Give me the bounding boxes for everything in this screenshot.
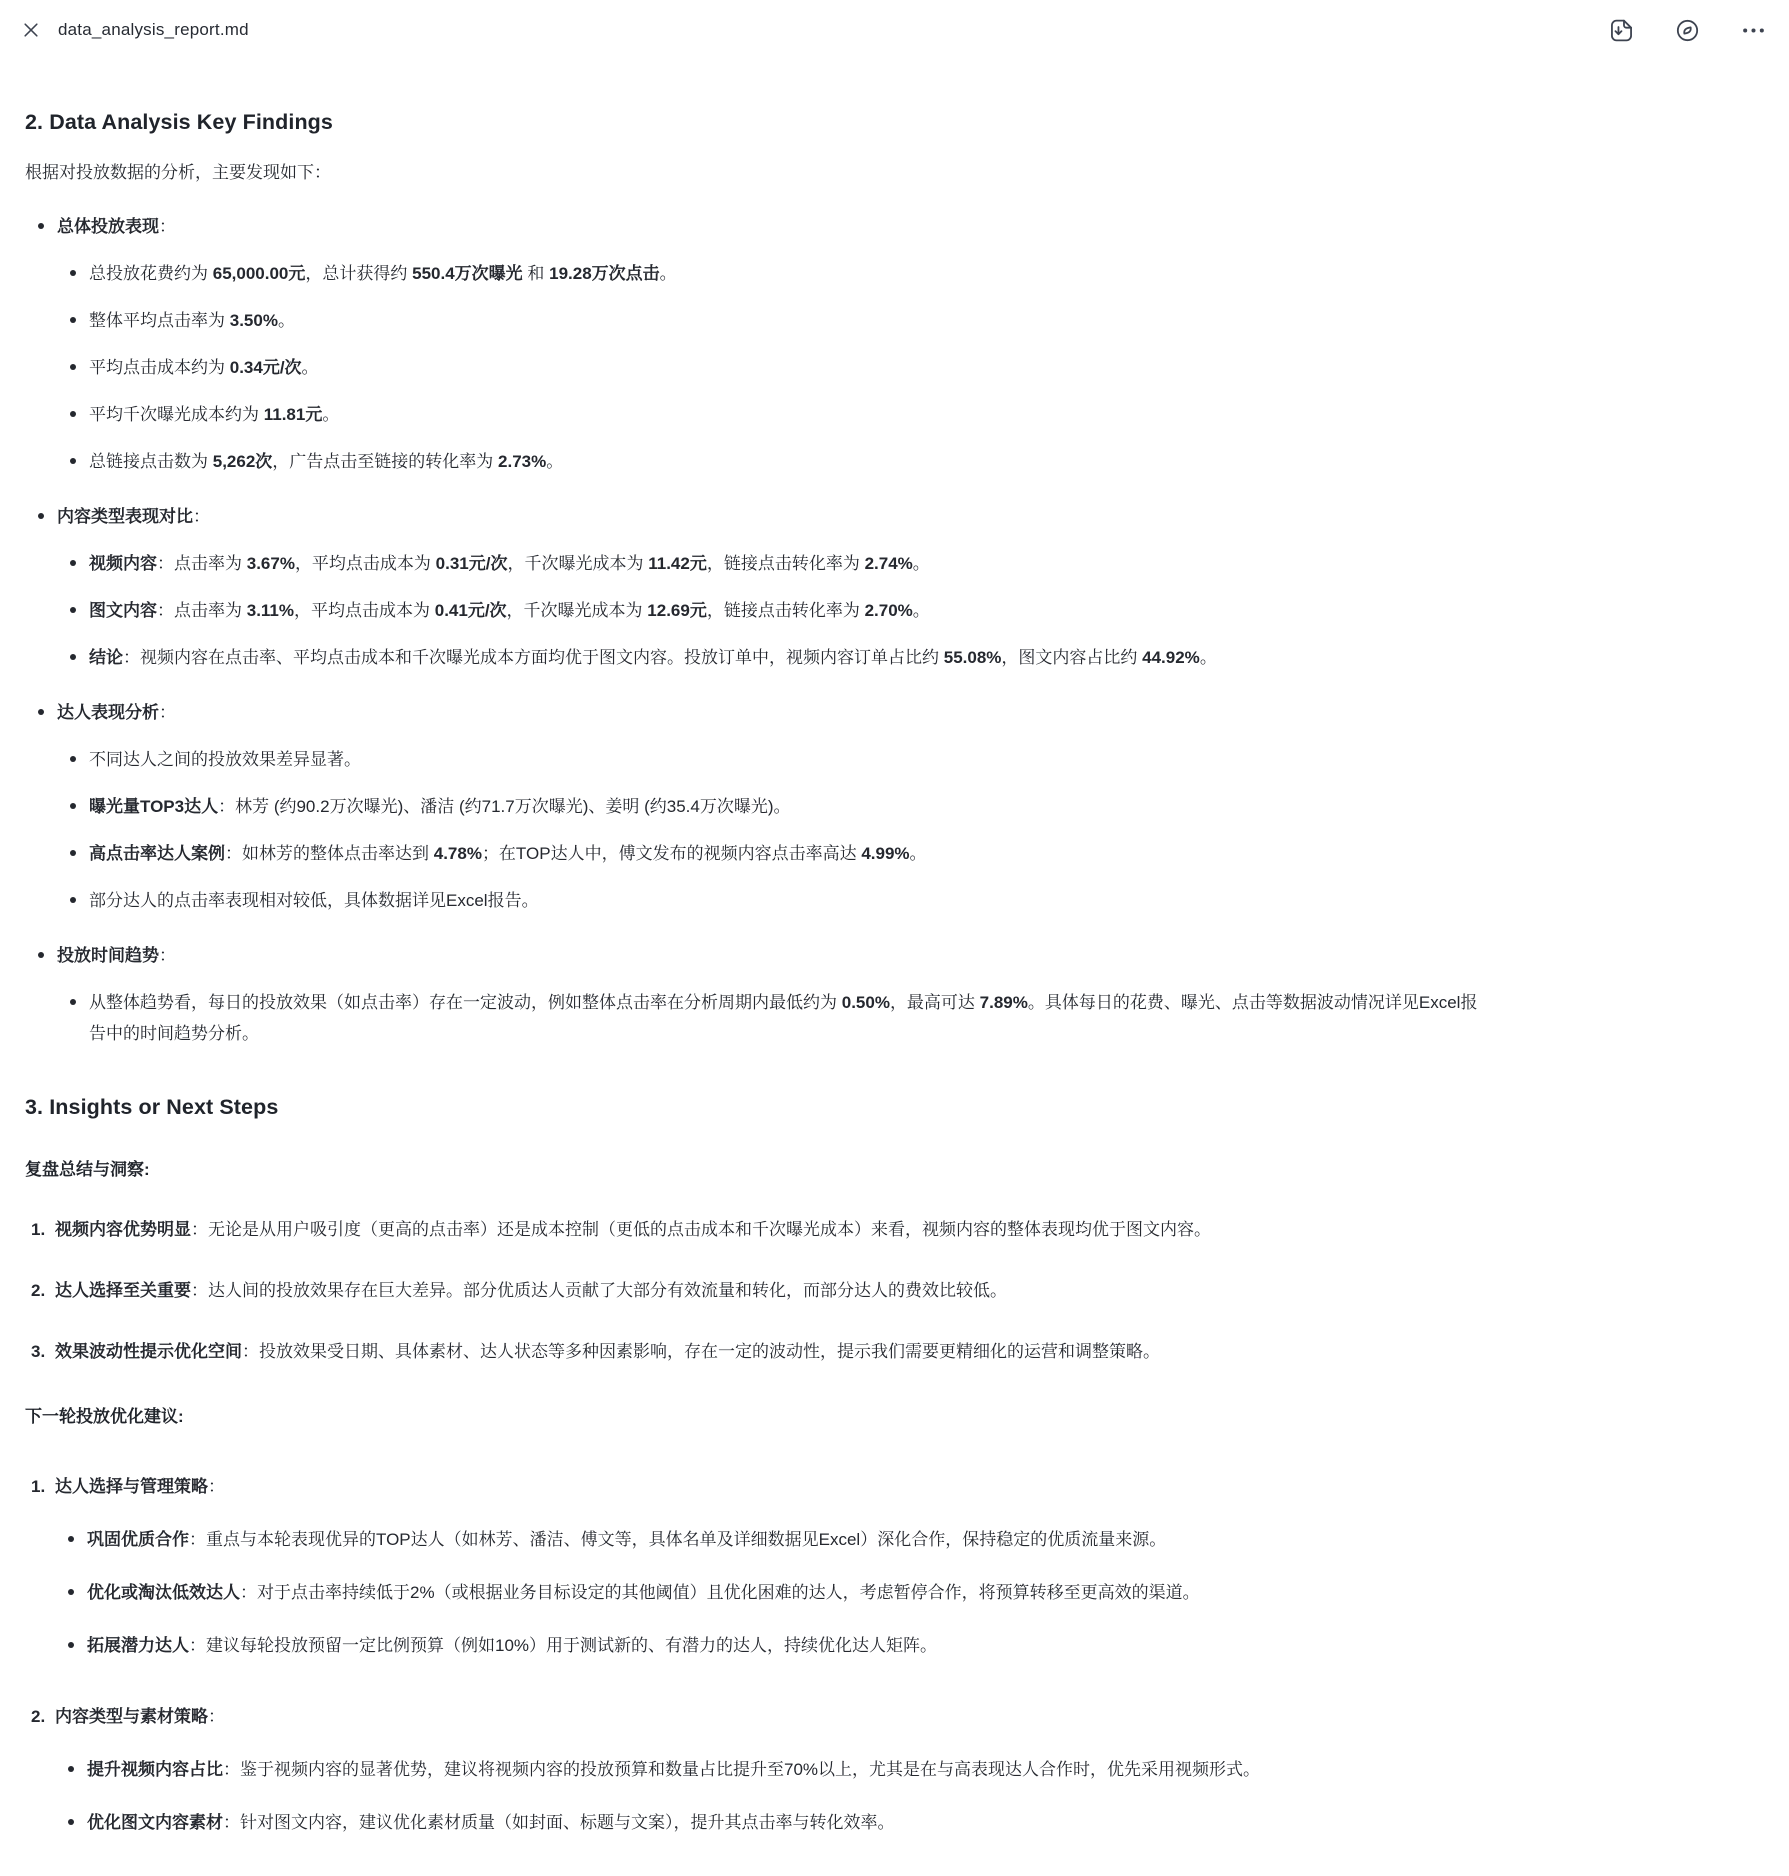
list-item: 不同达人之间的投放效果差异显著。 (57, 744, 1480, 775)
list-item-text: 总投放花费约为 65,000.00元，总计获得约 550.4万次曝光 和 19.… (89, 258, 1480, 289)
item-number: 1. (31, 1214, 45, 1245)
group-title: 内容类型表现对比： (57, 501, 1480, 532)
list-item: 平均千次曝光成本约为 11.81元。 (57, 399, 1480, 430)
preview-button[interactable] (1667, 10, 1707, 50)
list-item: 部分达人的点击率表现相对较低，具体数据详见Excel报告。 (57, 885, 1480, 916)
list-item: 视频内容：点击率为 3.67%，平均点击成本为 0.31元/次，千次曝光成本为 … (57, 548, 1480, 579)
document-content: 2. Data Analysis Key Findings 根据对投放数据的分析… (0, 60, 1505, 1838)
group-title: 达人表现分析： (57, 697, 1480, 728)
ellipsis-icon (1740, 17, 1767, 44)
list-item: 巩固优质合作：重点与本轮表现优异的TOP达人（如林芳、潘洁、傅文等，具体名单及详… (55, 1524, 1480, 1555)
titlebar: data_analysis_report.md (0, 0, 1789, 60)
group-title: 内容类型与素材策略： (55, 1701, 1480, 1732)
file-title: data_analysis_report.md (58, 20, 249, 40)
list-item-text: 视频内容：点击率为 3.67%，平均点击成本为 0.31元/次，千次曝光成本为 … (89, 548, 1480, 579)
close-icon (21, 20, 41, 40)
sub-list: 从整体趋势看，每日的投放效果（如点击率）存在一定波动，例如整体点击率在分析周期内… (57, 987, 1480, 1049)
list-item: 图文内容：点击率为 3.11%，平均点击成本为 0.41元/次，千次曝光成本为 … (57, 595, 1480, 626)
suggestions-label: 下一轮投放优化建议: (25, 1403, 1480, 1431)
list-item: 结论：视频内容在点击率、平均点击成本和千次曝光成本方面均优于图文内容。投放订单中… (57, 642, 1480, 673)
insights-summary-label: 复盘总结与洞察: (25, 1156, 1480, 1184)
item-number: 2. (31, 1701, 45, 1732)
sub-list: 视频内容：点击率为 3.67%，平均点击成本为 0.31元/次，千次曝光成本为 … (57, 548, 1480, 673)
section-heading-insights: 3. Insights or Next Steps (25, 1095, 1480, 1120)
item-number: 1. (31, 1471, 45, 1502)
group-title: 达人选择与管理策略： (55, 1471, 1480, 1502)
list-item-text: 高点击率达人案例：如林芳的整体点击率达到 4.78%；在TOP达人中，傅文发布的… (89, 838, 1480, 869)
more-options-button[interactable] (1733, 10, 1773, 50)
list-item-text: 优化或淘汰低效达人：对于点击率持续低于2%（或根据业务目标设定的其他阈值）且优化… (87, 1577, 1480, 1608)
titlebar-actions (1601, 10, 1779, 50)
list-item-text: 部分达人的点击率表现相对较低，具体数据详见Excel报告。 (89, 885, 1480, 916)
sub-list: 巩固优质合作：重点与本轮表现优异的TOP达人（如林芳、潘洁、傅文等，具体名单及详… (55, 1524, 1480, 1661)
list-item-text: 平均千次曝光成本约为 11.81元。 (89, 399, 1480, 430)
item-number: 2. (31, 1275, 45, 1306)
list-item-text: 曝光量TOP3达人：林芳 (约90.2万次曝光)、潘洁 (约71.7万次曝光)、… (89, 791, 1480, 822)
list-item-text: 从整体趋势看，每日的投放效果（如点击率）存在一定波动，例如整体点击率在分析周期内… (89, 987, 1480, 1049)
list-item-text: 视频内容优势明显：无论是从用户吸引度（更高的点击率）还是成本控制（更低的点击成本… (55, 1214, 1480, 1245)
list-item: 平均点击成本约为 0.34元/次。 (57, 352, 1480, 383)
list-item-text: 提升视频内容占比：鉴于视频内容的显著优势，建议将视频内容的投放预算和数量占比提升… (87, 1754, 1480, 1785)
list-item-text: 效果波动性提示优化空间：投放效果受日期、具体素材、达人状态等多种因素影响，存在一… (55, 1336, 1480, 1367)
list-item: 优化图文内容素材：针对图文内容，建议优化素材质量（如封面、标题与文案），提升其点… (55, 1807, 1480, 1838)
compass-icon (1674, 17, 1701, 44)
close-button[interactable] (16, 15, 46, 45)
group-title: 总体投放表现： (57, 211, 1480, 242)
insight-item: 2.达人选择至关重要：达人间的投放效果存在巨大差异。部分优质达人贡献了大部分有效… (25, 1275, 1480, 1306)
list-item-text: 结论：视频内容在点击率、平均点击成本和千次曝光成本方面均优于图文内容。投放订单中… (89, 642, 1480, 673)
item-number: 3. (31, 1336, 45, 1367)
list-item: 提升视频内容占比：鉴于视频内容的显著优势，建议将视频内容的投放预算和数量占比提升… (55, 1754, 1480, 1785)
list-item-text: 图文内容：点击率为 3.11%，平均点击成本为 0.41元/次，千次曝光成本为 … (89, 595, 1480, 626)
list-item: 整体平均点击率为 3.50%。 (57, 305, 1480, 336)
sub-list: 不同达人之间的投放效果差异显著。曝光量TOP3达人：林芳 (约90.2万次曝光)… (57, 744, 1480, 916)
list-item: 优化或淘汰低效达人：对于点击率持续低于2%（或根据业务目标设定的其他阈值）且优化… (55, 1577, 1480, 1608)
titlebar-left: data_analysis_report.md (16, 15, 249, 45)
suggestions-list: 1.达人选择与管理策略：巩固优质合作：重点与本轮表现优异的TOP达人（如林芳、潘… (25, 1471, 1480, 1838)
suggestion-group: 2.内容类型与素材策略：提升视频内容占比：鉴于视频内容的显著优势，建议将视频内容… (25, 1701, 1480, 1838)
list-item: 曝光量TOP3达人：林芳 (约90.2万次曝光)、潘洁 (约71.7万次曝光)、… (57, 791, 1480, 822)
findings-list: 总体投放表现：总投放花费约为 65,000.00元，总计获得约 550.4万次曝… (25, 211, 1480, 1049)
list-item-text: 达人选择至关重要：达人间的投放效果存在巨大差异。部分优质达人贡献了大部分有效流量… (55, 1275, 1480, 1306)
findings-group: 总体投放表现：总投放花费约为 65,000.00元，总计获得约 550.4万次曝… (25, 211, 1480, 477)
insight-item: 3.效果波动性提示优化空间：投放效果受日期、具体素材、达人状态等多种因素影响，存… (25, 1336, 1480, 1367)
sub-list: 总投放花费约为 65,000.00元，总计获得约 550.4万次曝光 和 19.… (57, 258, 1480, 477)
list-item: 总链接点击数为 5,262次，广告点击至链接的转化率为 2.73%。 (57, 446, 1480, 477)
list-item-text: 巩固优质合作：重点与本轮表现优异的TOP达人（如林芳、潘洁、傅文等，具体名单及详… (87, 1524, 1480, 1555)
findings-group: 内容类型表现对比：视频内容：点击率为 3.67%，平均点击成本为 0.31元/次… (25, 501, 1480, 673)
list-item-text: 整体平均点击率为 3.50%。 (89, 305, 1480, 336)
list-item-text: 不同达人之间的投放效果差异显著。 (89, 744, 1480, 775)
suggestion-group: 1.达人选择与管理策略：巩固优质合作：重点与本轮表现优异的TOP达人（如林芳、潘… (25, 1471, 1480, 1661)
list-item: 总投放花费约为 65,000.00元，总计获得约 550.4万次曝光 和 19.… (57, 258, 1480, 289)
section-heading-findings: 2. Data Analysis Key Findings (25, 110, 1480, 135)
list-item: 高点击率达人案例：如林芳的整体点击率达到 4.78%；在TOP达人中，傅文发布的… (57, 838, 1480, 869)
list-item-text: 拓展潜力达人：建议每轮投放预留一定比例预算（例如10%）用于测试新的、有潜力的达… (87, 1630, 1480, 1661)
group-title: 投放时间趋势： (57, 940, 1480, 971)
list-item: 从整体趋势看，每日的投放效果（如点击率）存在一定波动，例如整体点击率在分析周期内… (57, 987, 1480, 1049)
findings-intro: 根据对投放数据的分析，主要发现如下： (25, 159, 1480, 187)
list-item-text: 优化图文内容素材：针对图文内容，建议优化素材质量（如封面、标题与文案），提升其点… (87, 1807, 1480, 1838)
findings-group: 投放时间趋势：从整体趋势看，每日的投放效果（如点击率）存在一定波动，例如整体点击… (25, 940, 1480, 1049)
list-item-text: 平均点击成本约为 0.34元/次。 (89, 352, 1480, 383)
download-file-icon (1608, 17, 1635, 44)
sub-list: 提升视频内容占比：鉴于视频内容的显著优势，建议将视频内容的投放预算和数量占比提升… (55, 1754, 1480, 1838)
findings-group: 达人表现分析：不同达人之间的投放效果差异显著。曝光量TOP3达人：林芳 (约90… (25, 697, 1480, 916)
list-item: 拓展潜力达人：建议每轮投放预留一定比例预算（例如10%）用于测试新的、有潜力的达… (55, 1630, 1480, 1661)
insights-summary-list: 1.视频内容优势明显：无论是从用户吸引度（更高的点击率）还是成本控制（更低的点击… (25, 1214, 1480, 1367)
list-item-text: 总链接点击数为 5,262次，广告点击至链接的转化率为 2.73%。 (89, 446, 1480, 477)
download-button[interactable] (1601, 10, 1641, 50)
insight-item: 1.视频内容优势明显：无论是从用户吸引度（更高的点击率）还是成本控制（更低的点击… (25, 1214, 1480, 1245)
